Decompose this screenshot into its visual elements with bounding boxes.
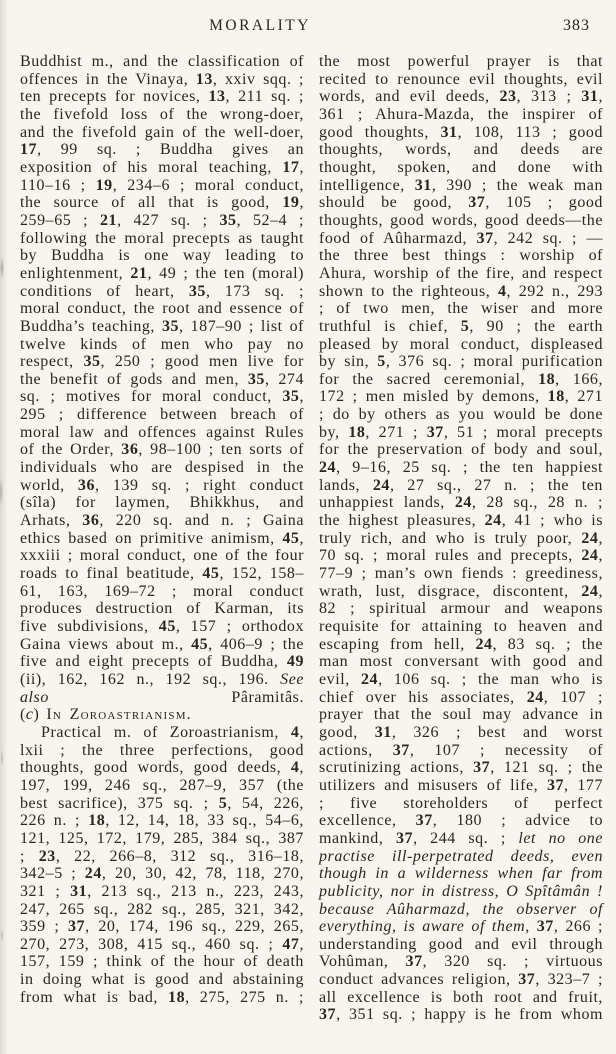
left-column: Buddhist m., and the classification of o… (20, 53, 304, 1024)
book-page: MORALITY 383 Buddhist m., and the classi… (0, 0, 616, 1054)
index-entry-zoroastrianism-part2: the most powerful prayer is that recited… (319, 53, 603, 1024)
right-column: the most powerful prayer is that recited… (319, 53, 603, 1024)
index-entry-buddhism-continuation: Buddhist m., and the classification of o… (20, 53, 304, 706)
page-number: 383 (563, 17, 590, 35)
index-entry-zoroastrianism-part1: Practical m. of Zoroastrianism, 4, lxii … (20, 724, 304, 1007)
two-column-index-text: Buddhist m., and the classification of o… (20, 53, 603, 1024)
scan-edge-artifact (0, 0, 8, 1054)
section-heading-c-in-zoroastrianism: (c) In Zoroastrianism. (20, 706, 304, 724)
running-head: MORALITY (0, 17, 520, 35)
page-title: MORALITY (209, 17, 311, 34)
